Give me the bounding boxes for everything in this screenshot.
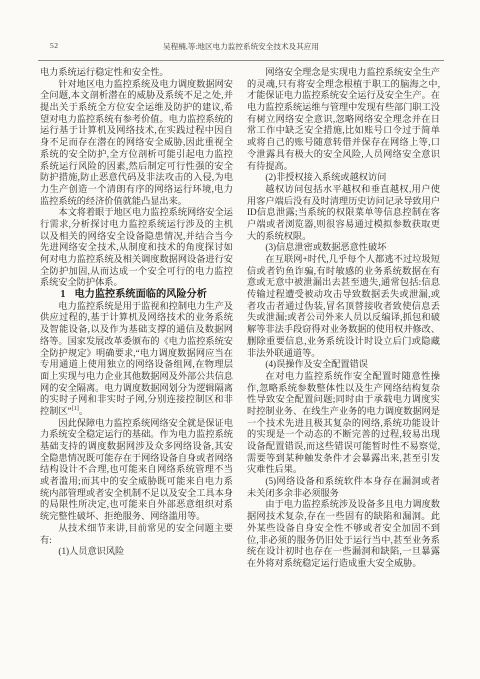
paragraph: 在互联网+时代,几乎每个人都逃不过垃圾短信或者钓鱼诈骗,有时敏感的业务系统数据在… [247,254,440,359]
paper-page: 52 吴程楠,等:地区电力监控系统安全技术及其应用 电力系统运行稳定性和安全性。… [0,0,480,679]
left-column: 电力系统运行稳定性和安全性。 针对地区电力监控系统及电力调度数据网安全问题,本文… [40,67,233,558]
right-column: 网络安全理念是实现电力监控系统安全生产的灵魂,只有将安全理念根植于职工的脑海之中… [247,67,440,570]
paragraph-text: 。 [79,406,88,416]
list-item-heading: (5)网络设备和系统软件本身存在漏洞或者未关闭多余非必须服务 [247,476,440,499]
running-header: 52 吴程楠,等:地区电力监控系统安全技术及其应用 [38,41,444,55]
list-item-heading: (3)信息泄密或数据恶意性破坏 [247,242,440,254]
paragraph: 针对地区电力监控系统及电力调度数据网安全问题,本文剖析潜在的威胁及系统不足之处,… [40,79,233,208]
header-rule [38,60,444,61]
paragraph: 由于电力监控系统涉及设备多且电力调度数据网技术复杂,存在一些固有的缺陷和漏洞。此… [247,499,440,569]
section-heading: 1电力监控系统面临的风险分析 [40,289,233,301]
running-title: 吴程楠,等:地区电力监控系统安全技术及其应用 [38,41,444,52]
list-item-heading: (2)非授权接入系统或越权访问 [247,172,440,184]
paragraph: 越权访问包括水平越权和垂直越权,用户使用客户端后没有及时清理历史访问记录导致用户… [247,184,440,242]
list-item-heading: (4)误操作及安全配置错误 [247,359,440,371]
paragraph: 网络安全理念是实现电力监控系统安全生产的灵魂,只有将安全理念根植于职工的脑海之中… [247,67,440,172]
paragraph: 从技术细节来讲,目前常见的安全问题主要有: [40,523,233,546]
paragraph: 在对电力监控系统作安全配置时随意性操作,忽略系统参数整体性以及生产网络结构复杂性… [247,371,440,476]
paragraph: 本文将着眼于地区电力监控系统网络安全运行需求,分析探讨电力监控系统运行涉及的主机… [40,207,233,289]
section-title: 电力监控系统面临的风险分析 [74,289,206,300]
paragraph: 电力系统运行稳定性和安全性。 [40,67,233,79]
list-item-heading: (1)人员意识风险 [40,546,233,558]
section-number: 1 [60,289,65,300]
paragraph-text: 电力监控系统是用于监视和控制电力生产及供应过程的,基于计算机及网络技术的业务系统… [40,301,233,416]
citation-ref: [1] [72,405,79,412]
paragraph: 电力监控系统是用于监视和控制电力生产及供应过程的,基于计算机及网络技术的业务系统… [40,301,233,418]
paragraph: 因此保障电力监控系统网络安全就是保证电力系统安全稳定运行的基础。作为电力监控系统… [40,418,233,523]
